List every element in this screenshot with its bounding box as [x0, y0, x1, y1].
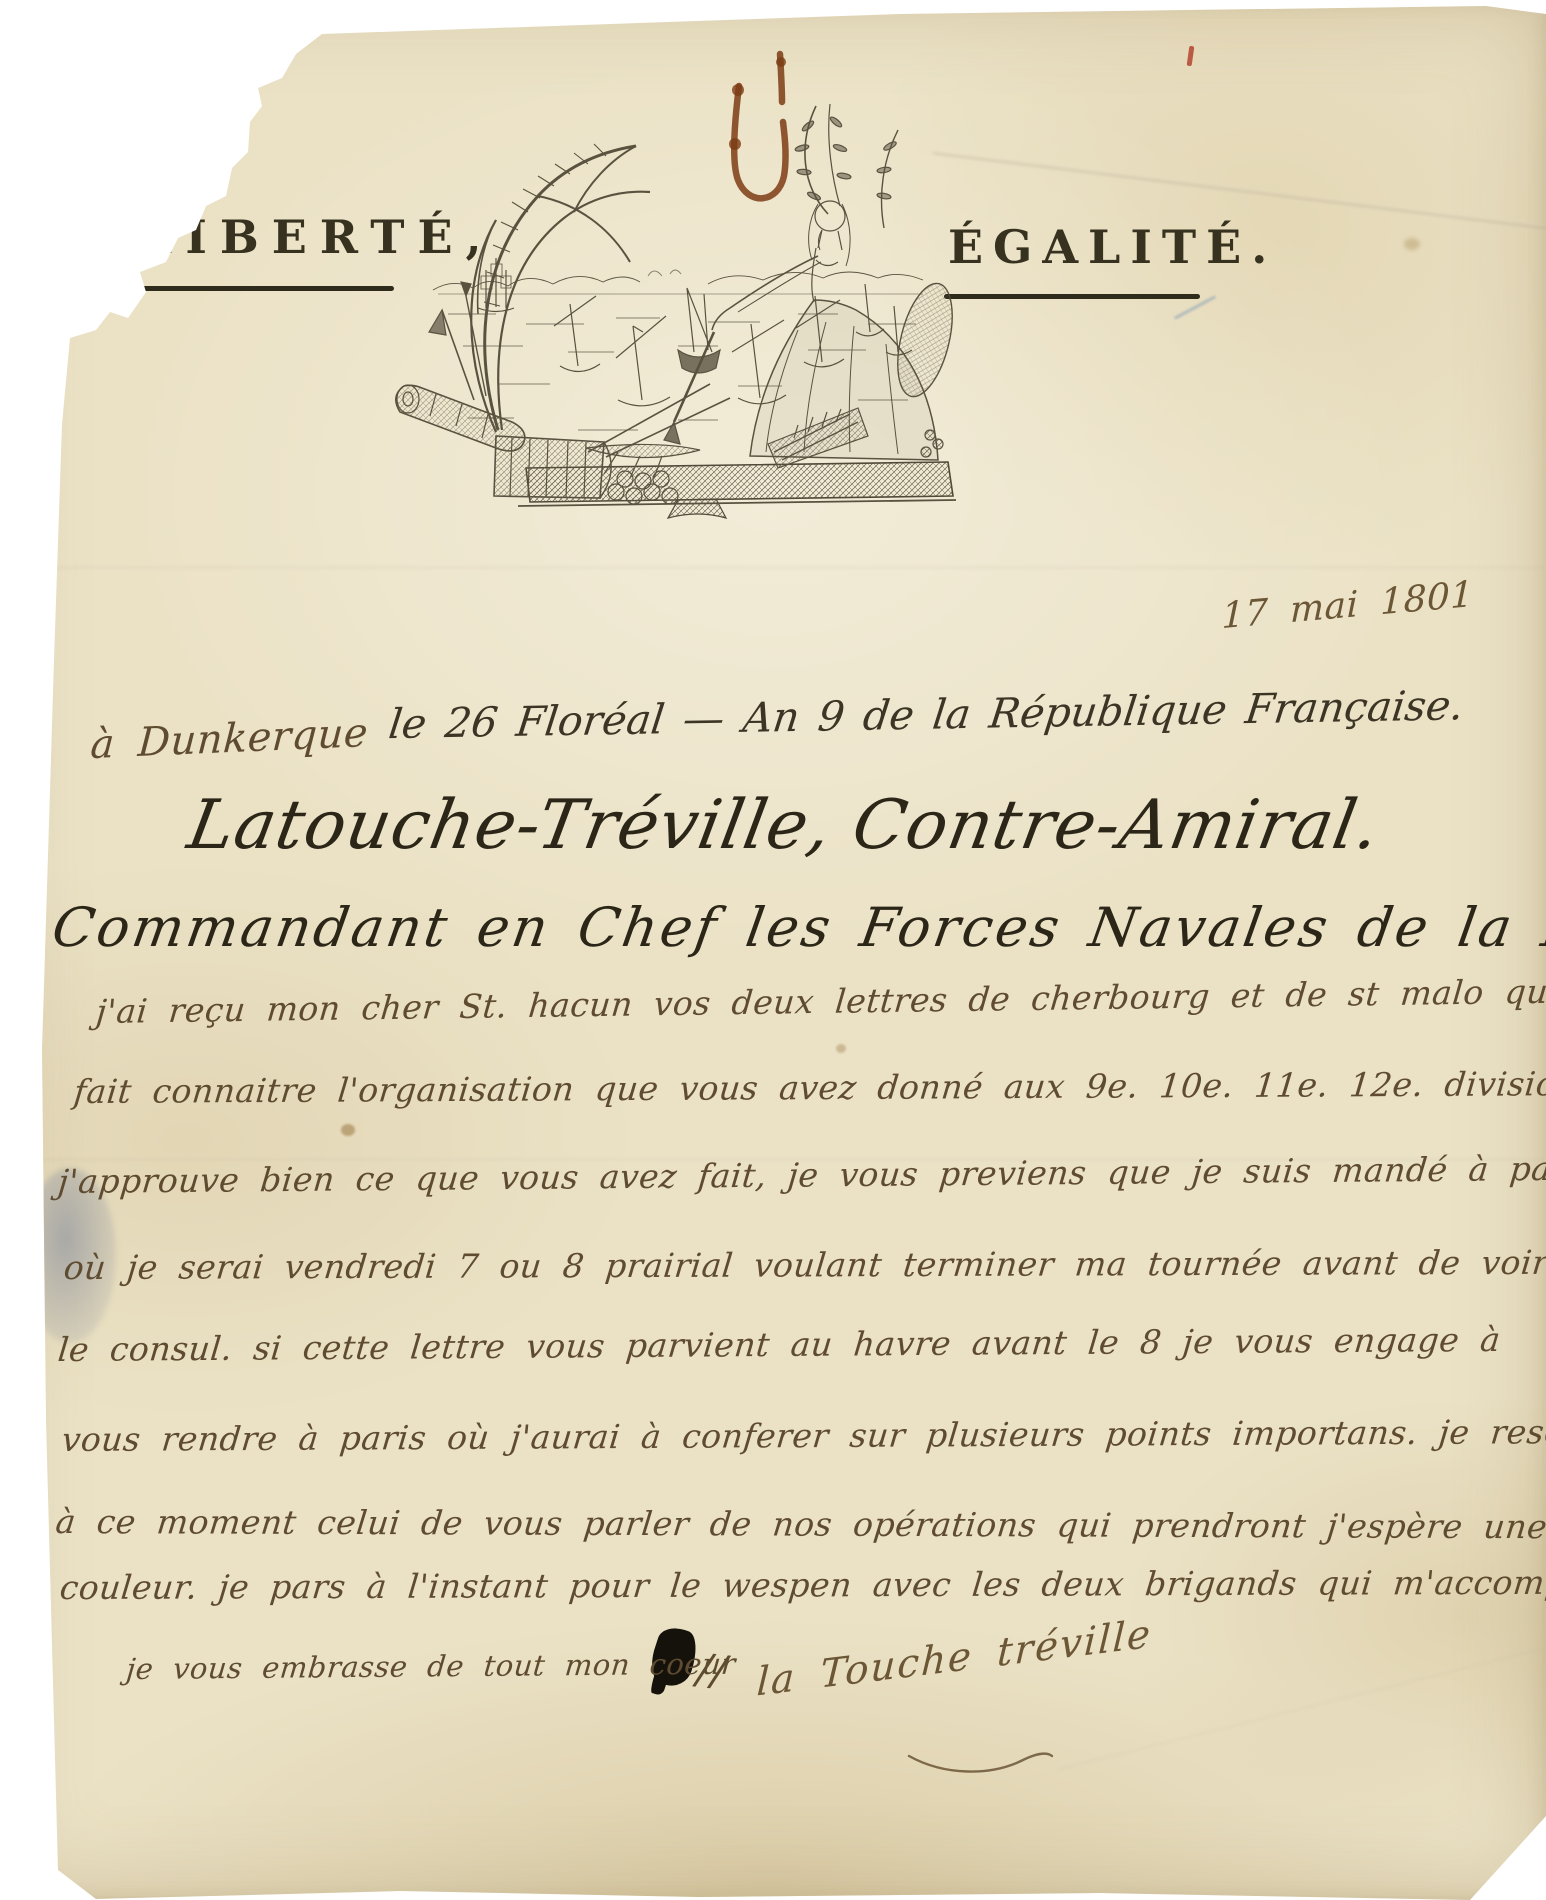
cannon [396, 385, 611, 498]
fold-crease [40, 566, 1546, 569]
letter-paper: LIBERTÉ, ÉGALITÉ. [0, 0, 1546, 1900]
motto-liberte-rule [76, 286, 394, 291]
signature-flourish [905, 1742, 1055, 1782]
scanned-letter: LIBERTÉ, ÉGALITÉ. [0, 0, 1546, 1900]
letterhead-name: Latouche-Tréville, Contre-Amiral. [182, 786, 1386, 865]
seated-figure [664, 201, 962, 460]
body-line: vous rendre à paris où j'aurai à confere… [60, 1412, 1546, 1459]
body-line: couleur. je pars à l'instant pour le wes… [58, 1562, 1546, 1607]
closing-line: je vous embrasse de tout mon coeur [125, 1647, 738, 1686]
vignette-engraving [378, 100, 963, 520]
body-line: où je serai vendredi 7 ou 8 prairial vou… [62, 1243, 1546, 1287]
motto-egalite: ÉGALITÉ. [948, 220, 1277, 274]
age-spot [1404, 238, 1420, 250]
age-spot [341, 1124, 355, 1136]
letterhead-title: Commandant en Chef les Forces Navales de… [48, 896, 1546, 959]
palm-fronds [429, 144, 650, 432]
foreground-boats [586, 384, 730, 478]
body-line: fait connaitre l'organisation que vous a… [72, 1064, 1546, 1111]
motto-egalite-rule [944, 294, 1200, 299]
body-line: à ce moment celui de vous parler de nos … [54, 1502, 1546, 1547]
age-spot [836, 1044, 846, 1053]
laurel-branch [795, 104, 898, 228]
signature-separator: // [695, 1644, 729, 1696]
